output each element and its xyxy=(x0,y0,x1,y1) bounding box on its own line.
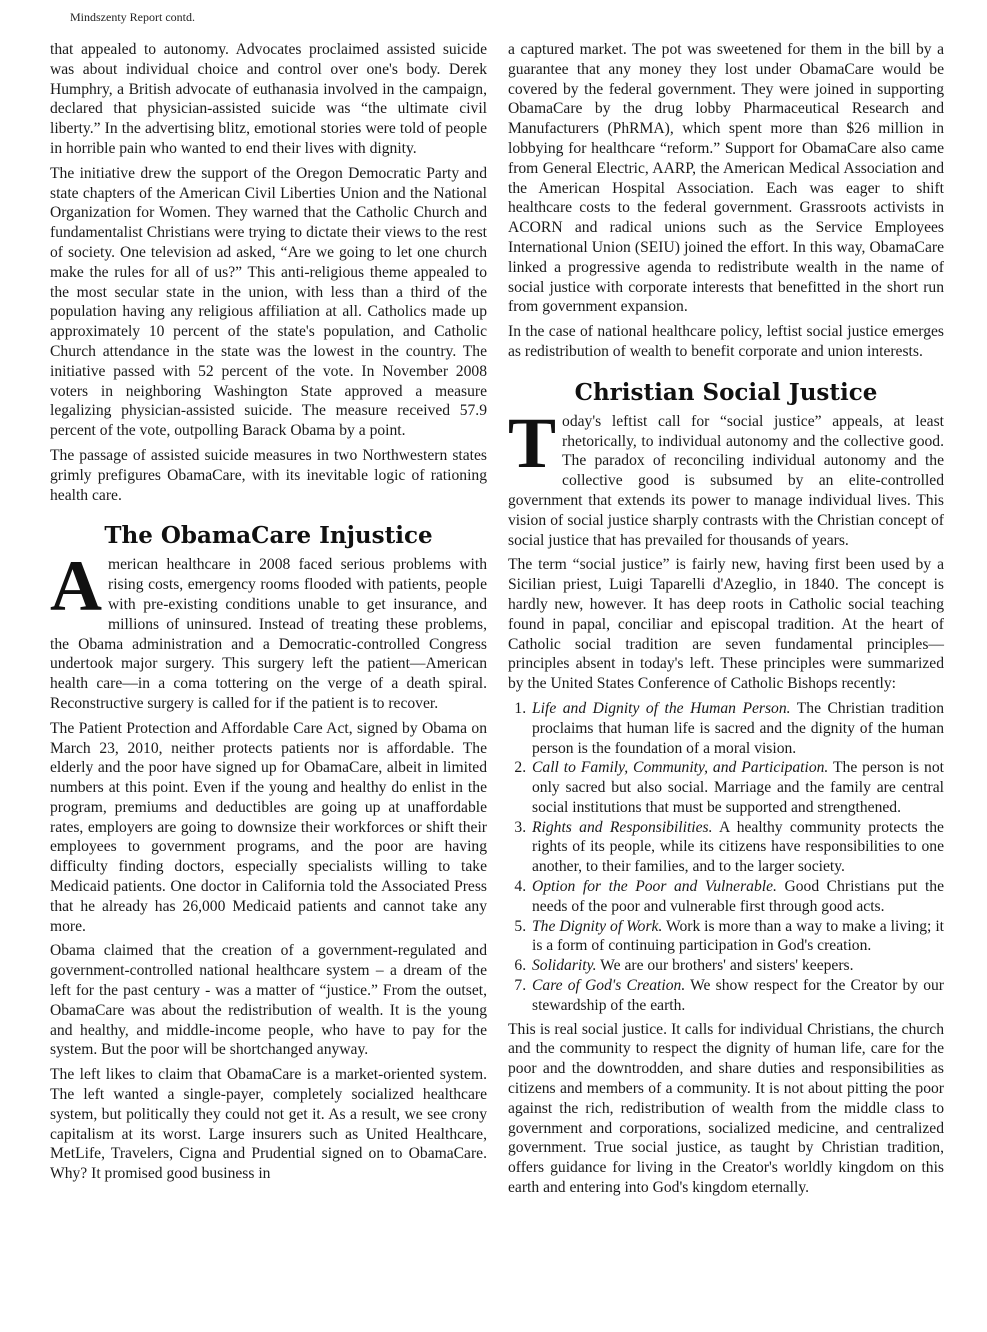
section-heading-christian-social-justice: Christian Social Justice xyxy=(508,380,944,406)
list-item: Call to Family, Community, and Participa… xyxy=(530,758,944,817)
paragraph: The Patient Protection and Affordable Ca… xyxy=(50,719,487,937)
paragraph: Obama claimed that the creation of a gov… xyxy=(50,941,487,1060)
principle-term: Life and Dignity of the Human Person. xyxy=(532,700,791,717)
paragraph: The passage of assisted suicide measures… xyxy=(50,446,487,505)
list-item: Life and Dignity of the Human Person. Th… xyxy=(530,699,944,758)
paragraph-text: oday's leftist call for “social justice”… xyxy=(508,413,944,549)
principle-text: We are our brothers' and sisters' keeper… xyxy=(597,957,854,974)
paragraph: The initiative drew the support of the O… xyxy=(50,164,487,441)
section-heading-obamacare-injustice: The ObamaCare Injustice xyxy=(50,523,487,549)
principle-term: Solidarity. xyxy=(532,957,597,974)
running-head: Mindszenty Report contd. xyxy=(70,10,195,25)
paragraph-text: merican healthcare in 2008 faced serious… xyxy=(50,556,487,712)
list-item: The Dignity of Work. Work is more than a… xyxy=(530,917,944,957)
list-item: Option for the Poor and Vulnerable. Good… xyxy=(530,877,944,917)
drop-cap: A xyxy=(50,557,102,615)
drop-cap: T xyxy=(508,414,556,472)
list-item: Solidarity. We are our brothers' and sis… xyxy=(530,956,944,976)
dropcap-paragraph: Today's leftist call for “social justice… xyxy=(508,412,944,551)
principle-term: Rights and Responsibilities. xyxy=(532,819,713,836)
paragraph: This is real social justice. It calls fo… xyxy=(508,1020,944,1198)
principles-list: Life and Dignity of the Human Person. Th… xyxy=(508,699,944,1016)
paragraph: The term “social justice” is fairly new,… xyxy=(508,555,944,694)
paragraph: In the case of national healthcare polic… xyxy=(508,322,944,362)
list-item: Care of God's Creation. We show respect … xyxy=(530,976,944,1016)
left-column: that appealed to autonomy. Advocates pro… xyxy=(50,40,487,1189)
principle-term: Option for the Poor and Vulnerable. xyxy=(532,878,777,895)
principle-term: Care of God's Creation. xyxy=(532,977,685,994)
paragraph: The left likes to claim that ObamaCare i… xyxy=(50,1065,487,1184)
paragraph: a captured market. The pot was sweetened… xyxy=(508,40,944,317)
list-item: Rights and Responsibilities. A healthy c… xyxy=(530,818,944,877)
right-column: a captured market. The pot was sweetened… xyxy=(508,40,944,1203)
dropcap-paragraph: American healthcare in 2008 faced seriou… xyxy=(50,555,487,713)
principle-term: Call to Family, Community, and Participa… xyxy=(532,759,828,776)
paragraph: that appealed to autonomy. Advocates pro… xyxy=(50,40,487,159)
principle-term: The Dignity of Work. xyxy=(532,918,662,935)
